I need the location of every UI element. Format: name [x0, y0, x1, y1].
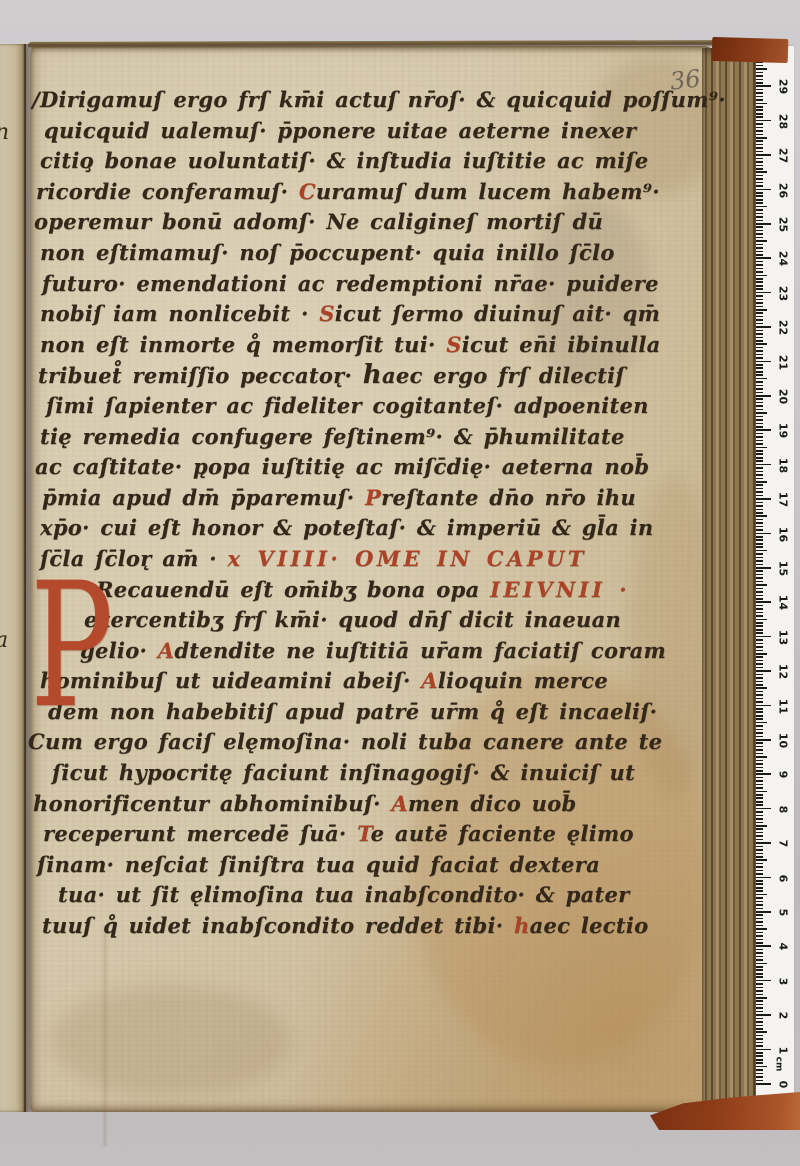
- ruler-tick: [756, 220, 763, 222]
- ruler-tick: [756, 85, 771, 87]
- ruler-tick: [756, 791, 767, 793]
- ruler-tick: [756, 254, 763, 256]
- ruler-tick: [756, 949, 763, 951]
- ruler-tick: [756, 474, 763, 476]
- ruler-tick: [756, 285, 763, 287]
- ruler-tick: [756, 908, 763, 910]
- ruler-tick: [756, 718, 763, 720]
- ruler-tick: [756, 615, 763, 617]
- ruler-number: 25: [777, 217, 790, 233]
- ruler-tick: [756, 932, 763, 934]
- ruler-tick: [756, 656, 763, 658]
- ruler-number: 19: [777, 423, 790, 439]
- ruler-tick: [756, 880, 763, 882]
- ruler-tick: [756, 378, 767, 380]
- manuscript-line: tię remedia confugere feſtinem⁹· & p̄hum…: [40, 422, 658, 453]
- ruler-tick: [756, 326, 771, 328]
- ruler-tick: [756, 715, 763, 717]
- ruler-tick: [756, 1014, 771, 1016]
- ruler-tick: [756, 687, 767, 689]
- ruler-tick: [756, 230, 763, 232]
- ruler-tick: [756, 873, 763, 875]
- ruler-tick: [756, 178, 763, 180]
- ruler-tick: [756, 914, 763, 916]
- ruler-tick: [756, 123, 763, 125]
- ruler-tick: [756, 605, 763, 607]
- ruler-tick: [756, 306, 763, 308]
- ruler-tick: [756, 433, 763, 435]
- stain: [50, 986, 290, 1096]
- ruler-tick: [756, 361, 771, 363]
- ruler-tick: [756, 371, 763, 373]
- ruler-tick: [756, 739, 771, 741]
- ruler-tick: [756, 491, 763, 493]
- ruler-tick: [756, 392, 763, 394]
- facing-page-sliver: na: [0, 44, 26, 1112]
- ruler-tick: [756, 533, 771, 535]
- ruler-tick: [756, 574, 763, 576]
- ruler-tick: [756, 509, 763, 511]
- ruler-tick: [756, 216, 763, 218]
- ruler-number: 13: [777, 629, 790, 645]
- ruler-tick: [756, 189, 771, 191]
- ruler-tick: [756, 199, 763, 201]
- ruler-tick: [756, 918, 763, 920]
- ruler-tick: [756, 835, 763, 837]
- illuminated-initial: P: [30, 577, 113, 715]
- ruler-tick: [756, 412, 767, 414]
- ruler-tick: [756, 763, 763, 765]
- ruler-tick: [756, 708, 763, 710]
- ruler-tick: [756, 443, 763, 445]
- ruler-tick: [756, 134, 763, 136]
- ruler-tick: [756, 773, 771, 775]
- manuscript-line: Recauendū eſt om̄ibʒ bona opa IEIVNII ·: [96, 575, 658, 606]
- ruler-tick: [756, 963, 767, 965]
- ruler-tick: [756, 866, 763, 868]
- ruler-number: 1: [777, 1042, 790, 1058]
- ruler-tick: [756, 367, 763, 369]
- ruler-number: 2: [777, 1008, 790, 1024]
- ruler-tick: [756, 711, 763, 713]
- ruler-tick: [756, 622, 763, 624]
- manuscript-line: xp̄o· cui eſt honor & poteſtaſ· & imperi…: [40, 513, 658, 544]
- ruler-tick: [756, 440, 763, 442]
- ruler-tick: [756, 436, 763, 438]
- ruler-tick: [756, 161, 763, 163]
- ruler-tick: [756, 543, 763, 545]
- ruler-tick: [756, 736, 763, 738]
- ruler-tick: [756, 206, 767, 208]
- ruler-tick: [756, 663, 763, 665]
- ruler-unit-label: cm: [773, 1057, 783, 1072]
- ruler-number: 7: [777, 836, 790, 852]
- ruler-tick: [756, 374, 763, 376]
- ruler-tick: [756, 185, 763, 187]
- ruler-tick: [756, 319, 763, 321]
- ruler-tick: [756, 808, 771, 810]
- manuscript-line: ricordie conferamuſ· Curamuſ dum lucem h…: [36, 177, 658, 208]
- ruler-tick: [756, 856, 763, 858]
- ruler-tick: [756, 863, 763, 865]
- ruler-tick: [756, 151, 763, 153]
- ruler-tick: [756, 395, 771, 397]
- ruler-tick: [756, 994, 763, 996]
- ruler-tick: [756, 983, 763, 985]
- ruler-tick: [756, 182, 763, 184]
- ruler-tick: [756, 777, 763, 779]
- ruler-tick: [756, 82, 763, 84]
- ruler-number: 5: [777, 905, 790, 921]
- ruler-tick: [756, 674, 763, 676]
- ruler-tick: [756, 357, 763, 359]
- ruler-tick: [756, 467, 763, 469]
- ruler-tick: [756, 92, 763, 94]
- ruler-tick: [756, 1025, 763, 1027]
- ruler-tick: [756, 1004, 763, 1006]
- ruler-tick: [756, 288, 763, 290]
- ruler-tick: [756, 588, 763, 590]
- ruler-tick: [756, 684, 763, 686]
- ruler-tick: [756, 350, 763, 352]
- ruler-tick: [756, 127, 763, 129]
- ruler-tick: [756, 268, 763, 270]
- ruler-tick: [756, 894, 767, 896]
- ruler-tick: [756, 567, 771, 569]
- manuscript-line: citio̧ bonae uoluntatiſ· & inſtudia iuſt…: [40, 146, 658, 177]
- ruler-tick: [756, 570, 763, 572]
- ruler-tick: [756, 1028, 763, 1030]
- ruler-tick: [756, 969, 763, 971]
- ruler-tick: [756, 130, 763, 132]
- ruler-tick: [756, 822, 763, 824]
- ruler-tick: [756, 158, 763, 160]
- ruler-tick: [756, 887, 763, 889]
- ruler-tick: [756, 784, 763, 786]
- ruler-tick: [756, 557, 763, 559]
- ruler-tick: [756, 753, 763, 755]
- ruler-tick: [756, 89, 763, 91]
- ruler-tick: [756, 271, 763, 273]
- ruler-tick: [756, 195, 763, 197]
- ruler-tick: [756, 653, 767, 655]
- ruler-tick: [756, 1007, 763, 1009]
- ruler-tick: [756, 1035, 763, 1037]
- ruler-tick: [756, 309, 767, 311]
- manuscript-line: dem non habebitiſ apud patrē ur̄m q̊ eſt…: [48, 697, 658, 728]
- parchment-crease: [104, 926, 106, 1146]
- ruler-number: 0: [777, 1077, 790, 1093]
- ruler-tick: [756, 815, 763, 817]
- manuscript-line: ſinam· neſciat ſiniſtra tua quid faciat …: [37, 850, 658, 881]
- ruler-tick: [756, 839, 763, 841]
- manuscript-line: ∕Dirigamuſ ergo frſ km̄i actuſ nr̄oſ· & …: [32, 85, 658, 116]
- ruler-tick: [756, 113, 763, 115]
- ruler-tick: [756, 223, 771, 225]
- ruler-tick: [756, 780, 763, 782]
- ruler-number: 18: [777, 457, 790, 473]
- ruler-tick: [756, 767, 763, 769]
- ruler-tick: [756, 897, 763, 899]
- ruler-tick: [756, 471, 763, 473]
- ruler-tick: [756, 952, 763, 954]
- ruler-tick: [756, 330, 763, 332]
- ruler-tick: [756, 564, 763, 566]
- ruler-number: 12: [777, 664, 790, 680]
- ruler-tick: [756, 429, 771, 431]
- ruler-tick: [756, 299, 763, 301]
- ruler-tick: [756, 202, 763, 204]
- ruler-tick: [756, 646, 763, 648]
- ruler-tick: [756, 79, 763, 81]
- ruler-tick: [756, 1045, 763, 1047]
- ruler-tick: [756, 928, 767, 930]
- ruler-tick: [756, 801, 763, 803]
- ruler-tick: [756, 388, 763, 390]
- ruler-tick: [756, 478, 763, 480]
- ruler-tick: [756, 694, 763, 696]
- ruler-tick: [756, 295, 763, 297]
- ruler-tick: [756, 997, 767, 999]
- ruler-tick: [756, 825, 767, 827]
- ruler-tick: [756, 209, 763, 211]
- ruler-tick: [756, 1038, 763, 1040]
- ruler-tick: [756, 976, 763, 978]
- ruler-tick: [756, 625, 763, 627]
- ruler-tick: [756, 639, 763, 641]
- ruler-tick: [756, 423, 763, 425]
- ruler: cm 3029282726252423222120191817161514131…: [756, 46, 794, 1096]
- manuscript-line: ſc̄la ſc̄lor̨ am̄ · x VIIII· OME IN CAPU…: [40, 544, 658, 575]
- ruler-tick: [756, 787, 763, 789]
- ruler-tick: [756, 980, 771, 982]
- ruler-tick: [756, 760, 763, 762]
- ruler-tick: [756, 553, 763, 555]
- book-cover-top-corner: [712, 37, 789, 63]
- ruler-tick: [756, 619, 767, 621]
- ruler-tick: [756, 343, 767, 345]
- ruler-tick: [756, 818, 763, 820]
- ruler-tick: [756, 729, 763, 731]
- ruler-number: 4: [777, 939, 790, 955]
- ruler-tick: [756, 1062, 763, 1064]
- ruler-tick: [756, 488, 763, 490]
- ruler-tick: [756, 956, 763, 958]
- ruler-tick: [756, 505, 763, 507]
- ruler-tick: [756, 904, 763, 906]
- ruler-tick: [756, 725, 763, 727]
- ruler-tick: [756, 398, 763, 400]
- ruler-tick: [756, 175, 763, 177]
- ruler-tick: [756, 1069, 763, 1071]
- ruler-tick: [756, 385, 763, 387]
- ruler-tick: [756, 192, 763, 194]
- ruler-tick: [756, 560, 763, 562]
- ruler-tick: [756, 402, 763, 404]
- ruler-tick: [756, 660, 763, 662]
- ruler-tick: [756, 1042, 763, 1044]
- ruler-tick: [756, 853, 763, 855]
- ruler-tick: [756, 601, 771, 603]
- manuscript-line: receperunt mercedē ſuā· Te autē faciente…: [43, 819, 658, 850]
- ruler-tick: [756, 1080, 763, 1082]
- ruler-tick: [756, 226, 763, 228]
- ruler-tick: [756, 945, 771, 947]
- ruler-tick: [756, 935, 763, 937]
- ruler-number: 16: [777, 526, 790, 542]
- ruler-tick: [756, 859, 767, 861]
- ruler-tick: [756, 828, 763, 830]
- ruler-tick: [756, 171, 767, 173]
- ruler-tick: [756, 498, 771, 500]
- ruler-tick: [756, 316, 763, 318]
- ruler-tick: [756, 364, 763, 366]
- ruler-tick: [756, 512, 763, 514]
- ruler-tick: [756, 275, 767, 277]
- ruler-tick: [756, 278, 763, 280]
- ruler-tick: [756, 337, 763, 339]
- ruler-tick: [756, 939, 763, 941]
- ruler-tick: [756, 447, 767, 449]
- ruler-tick: [756, 529, 763, 531]
- ruler-tick: [756, 756, 767, 758]
- ruler-tick: [756, 698, 763, 700]
- ruler-tick: [756, 832, 763, 834]
- manuscript-line: non eſtimamuſ· noſ p̄occupent· quia inil…: [40, 238, 658, 269]
- ruler-tick: [756, 140, 763, 142]
- ruler-tick: [756, 484, 763, 486]
- manuscript-line: Cum ergo faciſ elęmoſina· noli tuba cane…: [28, 727, 658, 758]
- ruler-tick: [756, 1073, 763, 1075]
- manuscript-line: p̄mia apud dm̄ p̄paremuſ· Preſtante dn̄o…: [42, 483, 658, 514]
- ruler-tick: [756, 987, 763, 989]
- manuscript-line: tua· ut ſit ęlimoſina tua inabſcondito· …: [58, 880, 658, 911]
- ruler-number: 21: [777, 354, 790, 370]
- manuscript-line: hominibuſ ut uideamini abeiſ· Alioquin m…: [40, 666, 658, 697]
- ruler-tick: [756, 312, 763, 314]
- ruler-tick: [756, 925, 763, 927]
- ruler-tick: [756, 168, 763, 170]
- ruler-tick: [756, 577, 763, 579]
- manuscript-line: quicquid ualemuſ· p̄ponere uitae aeterne…: [44, 116, 658, 147]
- ruler-tick: [756, 68, 767, 70]
- ruler-tick: [756, 120, 771, 122]
- ruler-tick: [756, 650, 763, 652]
- ruler-tick: [756, 1059, 763, 1061]
- ruler-number: 15: [777, 561, 790, 577]
- manuscript-line: tribuet̊ remiſſio peccator̨· haec ergo f…: [38, 360, 658, 391]
- facing-text-fragment: a: [0, 628, 8, 653]
- ruler-tick: [756, 1018, 763, 1020]
- ruler-tick: [756, 901, 763, 903]
- ruler-tick: [756, 302, 763, 304]
- ruler-tick: [756, 460, 763, 462]
- ruler-tick: [756, 405, 763, 407]
- ruler-tick: [756, 1031, 767, 1033]
- ruler-tick: [756, 536, 763, 538]
- ruler-tick: [756, 347, 763, 349]
- ruler-tick: [756, 584, 767, 586]
- ruler-tick: [756, 667, 763, 669]
- ruler-tick: [756, 636, 771, 638]
- ruler-tick: [756, 742, 763, 744]
- ruler-tick: [756, 213, 763, 215]
- manuscript-line: nobiſ iam nonlicebit · Sicut ſermo diuin…: [40, 299, 658, 330]
- ruler-tick: [756, 264, 763, 266]
- ruler-tick: [756, 701, 763, 703]
- ruler-tick: [756, 96, 763, 98]
- ruler-tick: [756, 99, 763, 101]
- ruler-tick: [756, 502, 763, 504]
- ruler-tick: [756, 1052, 763, 1054]
- manuscript-line: operemur bonū adomſ· Ne caligineſ mortiſ…: [34, 207, 658, 238]
- ruler-tick: [756, 749, 763, 751]
- ruler-tick: [756, 1011, 763, 1013]
- ruler-tick: [756, 1055, 763, 1057]
- manuscript-line: exercentibʒ frſ km̄i· quod dn̄ſ dicit in…: [84, 605, 658, 636]
- ruler-tick: [756, 281, 763, 283]
- ruler-tick: [756, 550, 767, 552]
- ruler-number: 3: [777, 973, 790, 989]
- ruler-number: 20: [777, 389, 790, 405]
- ruler-tick: [756, 539, 763, 541]
- ruler-tick: [756, 1076, 763, 1078]
- ruler-tick: [756, 416, 763, 418]
- ruler-tick: [756, 691, 763, 693]
- manuscript-line: honorificentur abhominibuſ· Amen dico uo…: [33, 789, 658, 820]
- ruler-tick: [756, 629, 763, 631]
- manuscript-line: gelio· Adtendite ne iuſtitiā ur̄am facia…: [80, 636, 658, 667]
- ruler-tick: [756, 890, 763, 892]
- ruler-tick: [756, 608, 763, 610]
- manuscript-photo: na cm 3029282726252423222120191817161514…: [0, 0, 800, 1166]
- ruler-number: 14: [777, 595, 790, 611]
- ruler-tick: [756, 522, 763, 524]
- ruler-tick: [756, 705, 771, 707]
- ruler-tick: [756, 515, 767, 517]
- ruler-tick: [756, 450, 763, 452]
- ruler-tick: [756, 495, 763, 497]
- ruler-tick: [756, 732, 763, 734]
- ruler-tick: [756, 354, 763, 356]
- ruler-tick: [756, 464, 771, 466]
- ruler-tick: [756, 959, 763, 961]
- ruler-tick: [756, 643, 763, 645]
- ruler-tick: [756, 1066, 767, 1068]
- manuscript-line: ac caſtitate· p̨opa iuſtitię ac miſc̄dię…: [35, 452, 658, 483]
- ruler-tick: [756, 877, 771, 879]
- ruler-tick: [756, 632, 763, 634]
- ruler-tick: [756, 973, 763, 975]
- ruler-tick: [756, 612, 763, 614]
- ruler-tick: [756, 109, 763, 111]
- ruler-tick: [756, 481, 767, 483]
- manuscript-line: ſimi ſapienter ac fideliter cogitanteſ· …: [46, 391, 658, 422]
- facing-text-fragment: n: [0, 120, 9, 145]
- manuscript-line: ſicut hypocritę faciunt inſinagogiſ· & i…: [52, 758, 658, 789]
- ruler-tick: [756, 804, 763, 806]
- ruler-number: 28: [777, 113, 790, 129]
- ruler-tick: [756, 251, 763, 253]
- ruler-tick: [756, 292, 771, 294]
- ruler-tick: [756, 911, 771, 913]
- ruler-tick: [756, 237, 763, 239]
- ruler-number: 9: [777, 767, 790, 783]
- ruler-tick: [756, 677, 763, 679]
- ruler-number: 22: [777, 320, 790, 336]
- ruler-tick: [756, 794, 763, 796]
- ruler-number: 23: [777, 285, 790, 301]
